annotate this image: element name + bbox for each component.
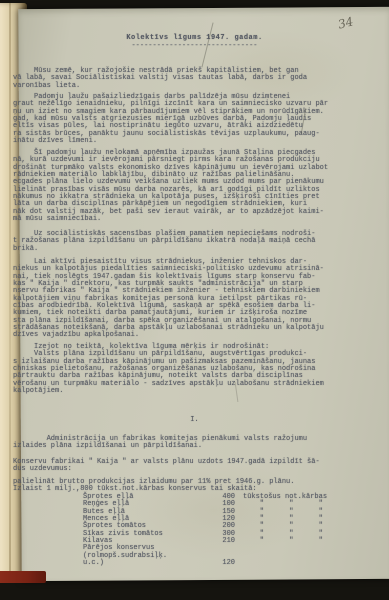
text-line: dus uzdevumus: <box>13 466 320 473</box>
text-line: t ražošanas plāna izpildīšanu un pārpild… <box>13 238 315 245</box>
section-heading: I. <box>0 417 389 424</box>
text-line: inātu dzīves līmeni. <box>13 138 328 145</box>
table-row: (rolmopš.sudrabsiļķ. <box>13 553 373 560</box>
text-line: dzīves vajadzību apkalpošanai. <box>13 332 324 339</box>
unit-cell: " " " <box>243 538 323 545</box>
paragraph-five-year-plan: Šī padomju ļaužu nelokamā apņēmība izpau… <box>13 150 328 223</box>
title-underline: ------------------------------ <box>0 43 389 50</box>
table-row: u.c.)120 <box>13 560 373 567</box>
paragraph-plan-increase: palielināt brutto produkcijas izlaidumu … <box>13 479 294 494</box>
qty-cell: 120 <box>205 560 235 567</box>
qty-cell: 210 <box>205 538 235 545</box>
paragraph-socialist-competition: Uz sociālistiskās sacensības plašiem pam… <box>13 231 315 253</box>
production-table: Šprotes eļļā400tūkstošus not.kārbasReņģe… <box>13 494 373 567</box>
item-cell: u.c.) <box>83 560 104 567</box>
text-line: kalpotājiem. <box>13 388 324 395</box>
table-row: Pārējos konservus <box>13 545 373 552</box>
paragraph-war-effort: Padomju ļaužu pašaizliedzīgais darbs pal… <box>13 94 328 145</box>
text-line: izlaides plāna izpildīšanai un pārpildīš… <box>13 443 307 450</box>
text-line: brikā. <box>13 246 315 253</box>
table-row: Kilavas210 " " " <box>13 538 373 545</box>
paragraph-agreement-goals: Izejot no teiktā, kolektīva līguma mērķi… <box>13 344 324 395</box>
text-line: varonības lieta. <box>13 83 307 90</box>
text-line: mā mūsu saimniecībai. <box>13 216 328 223</box>
document-scan: 34 Kolektīvs līgums 1947. gadam. -------… <box>0 0 389 600</box>
paragraph-intro: Mūsu zemē, kur ražojošie nestrādā priekš… <box>13 68 307 90</box>
paragraph-factory-tasks: Konservu fabrikai " Kaija " ar valsts pl… <box>13 459 320 474</box>
paragraph-agreement-parties: Lai aktīvi piesaistītu visus strādniekus… <box>13 259 324 340</box>
typewritten-content: Kolektīvs līgums 1947. gadam. ----------… <box>0 0 389 600</box>
paragraph-section-subtitle: Administrācija un fabrikas komitejas pie… <box>13 436 307 451</box>
